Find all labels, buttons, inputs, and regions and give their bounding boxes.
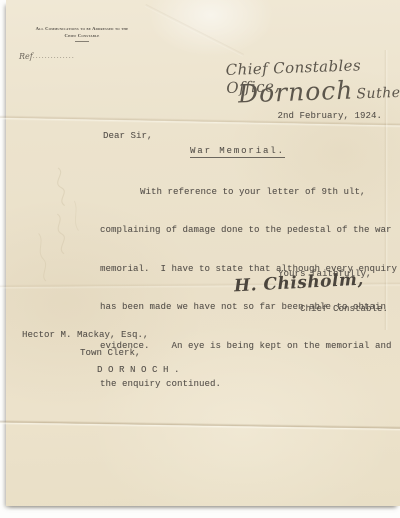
recipient-name: Hector M. Mackay, Esq., <box>22 330 149 340</box>
place-line: Dornoch Sutherland <box>238 72 400 108</box>
fold-crease-bottom <box>0 420 400 431</box>
ref-dotted-leader: .............. <box>33 53 75 60</box>
letter-paper: All Communications to be Addressed to th… <box>6 0 400 506</box>
ref-label: Ref <box>19 52 33 61</box>
notice-underline-rule <box>75 41 89 42</box>
recipient-city: D O R N O C H . <box>97 365 180 375</box>
subject-line: War Memorial. <box>190 146 285 158</box>
place-secondary: Sutherland <box>356 83 400 102</box>
recipient-role: Town Clerk, <box>80 348 141 358</box>
place-main: Dornoch <box>238 76 354 109</box>
faint-pencil-note <box>20 160 99 290</box>
ref-line: Ref.............. <box>19 52 75 61</box>
notice-line-2: Chief Constable <box>20 32 144 39</box>
diagonal-crease <box>145 4 244 57</box>
body-line: complaining of damage done to the pedest… <box>100 221 397 239</box>
signatory-title: Chief Constable. <box>300 304 388 314</box>
body-line: With reference to your letter of 9th ult… <box>100 183 397 201</box>
body-line: the enquiry continued. <box>100 375 397 393</box>
letterhead-notice: All Communications to be Addressed to th… <box>20 25 144 42</box>
salutation-line: Dear Sir, <box>103 131 153 141</box>
notice-line-1: All Communications to be Addressed to th… <box>20 25 144 32</box>
date-line: 2nd February, 1924. <box>277 111 382 121</box>
